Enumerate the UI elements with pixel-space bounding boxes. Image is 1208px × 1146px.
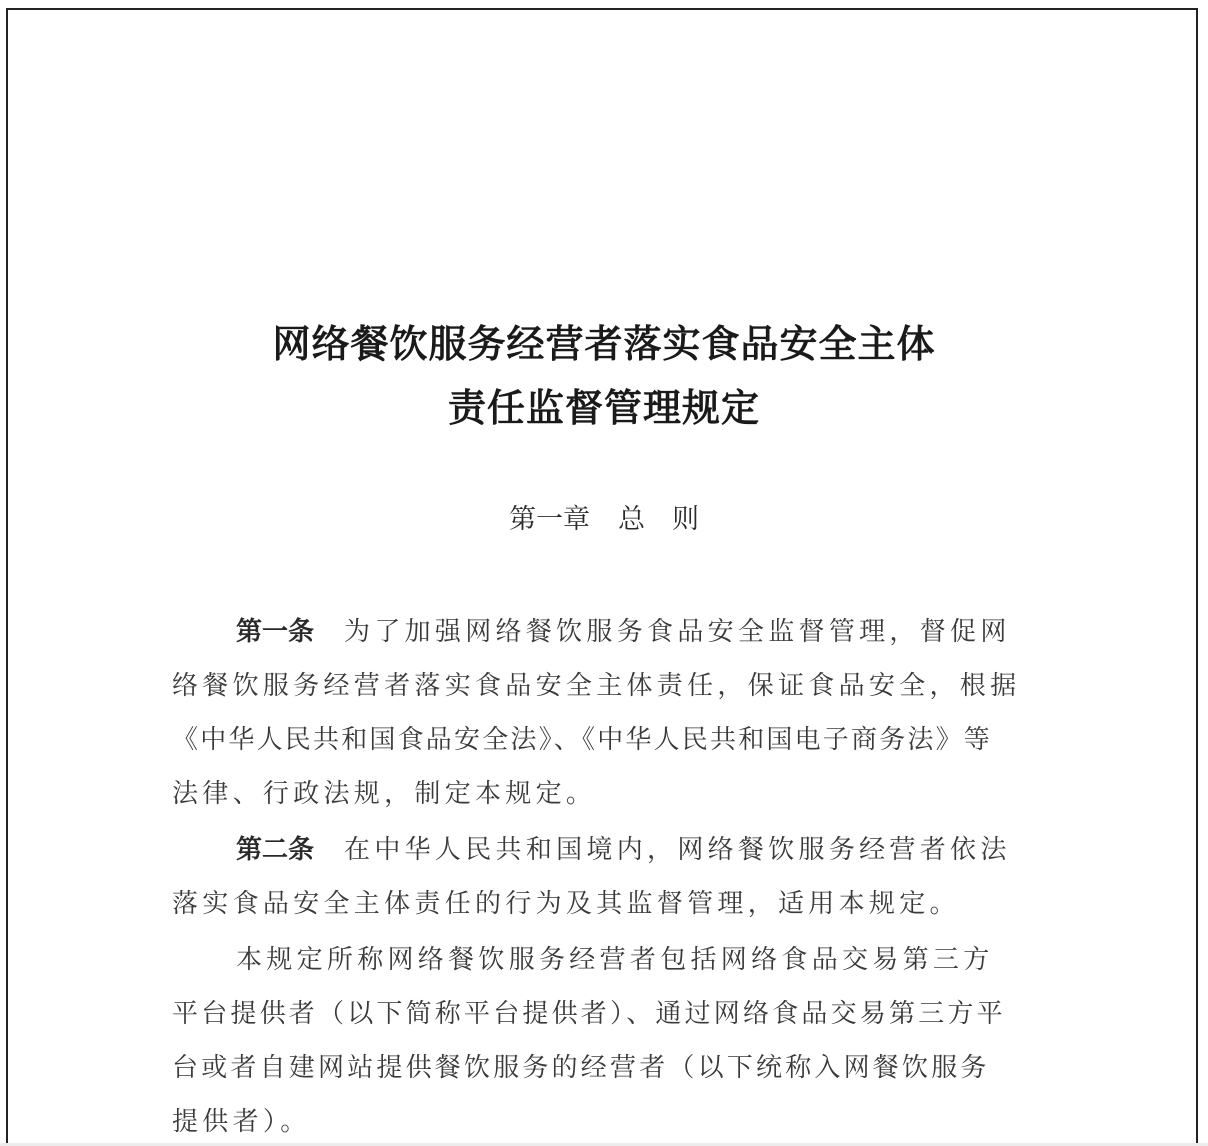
article-2-para-2-line-1: 本规定所称网络餐饮服务经营者包括网络食品交易第三方 [236, 940, 1032, 980]
article-2-para-2-line-2: 平台提供者（以下简称平台提供者）、通过网络食品交易第三方平 [172, 994, 1032, 1034]
document-title-line-2: 责任监督管理规定 [0, 380, 1208, 436]
chapter-heading: 第一章总 则 [0, 500, 1208, 540]
article-2-para-2-line-4: 提供者）。 [172, 1102, 1032, 1142]
article-2-text-1: 在中华人民共和国境内，网络餐饮服务经营者依法 [344, 835, 1011, 865]
article-1-line-2: 络餐饮服务经营者落实食品安全主体责任，保证食品安全，根据 [172, 666, 1032, 706]
article-1-line-3: 《中华人民共和国食品安全法》、《中华人民共和国电子商务法》等 [172, 720, 1032, 760]
chapter-number: 第一章 [509, 504, 590, 535]
article-2-para-2-line-3: 台或者自建网站提供餐饮服务的经营者（以下统称入网餐饮服务 [172, 1048, 1032, 1088]
document-title-line-1: 网络餐饮服务经营者落实食品安全主体 [0, 316, 1208, 372]
article-2-label: 第二条 [236, 835, 314, 865]
article-2-line-2: 落实食品安全主体责任的行为及其监督管理，适用本规定。 [172, 884, 1032, 924]
article-1-text-1: 为了加强网络餐饮服务食品安全监督管理，督促网 [344, 617, 1011, 647]
chapter-name: 总 则 [618, 504, 699, 535]
article-1-line-4: 法律、行政法规，制定本规定。 [172, 774, 1032, 814]
article-2-line-1: 第二条在中华人民共和国境内，网络餐饮服务经营者依法 [236, 830, 1032, 870]
article-1-label: 第一条 [236, 617, 314, 647]
article-1-line-1: 第一条为了加强网络餐饮服务食品安全监督管理，督促网 [236, 612, 1032, 652]
